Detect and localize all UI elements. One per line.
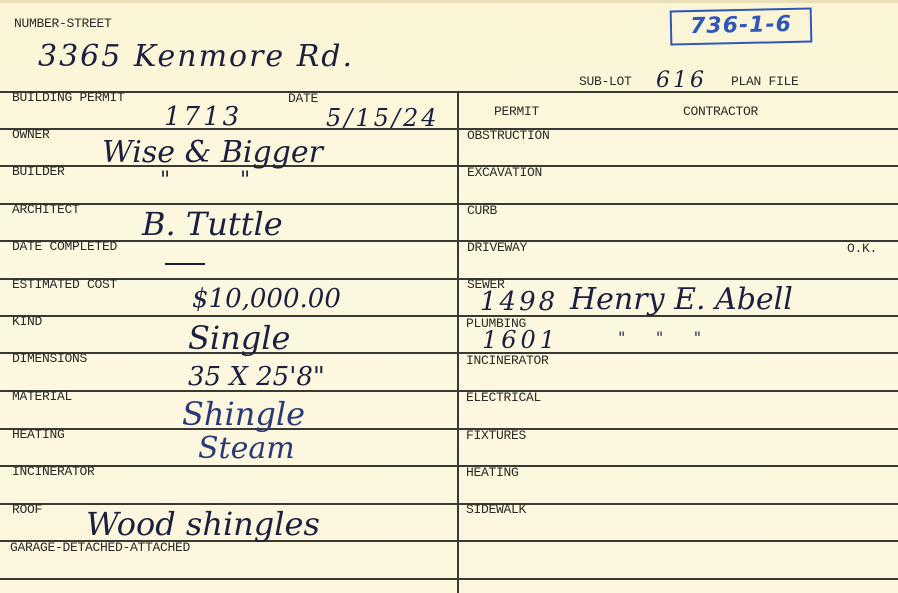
owner-value: Wise & Bigger	[102, 138, 323, 168]
dimensions-label: DIMENSIONS	[12, 352, 87, 366]
plumbing-permit: 1601	[482, 328, 559, 352]
estimated-cost-label: ESTIMATED COST	[12, 278, 117, 292]
date-completed-dash	[165, 263, 205, 265]
rule	[0, 278, 898, 280]
material-label: MATERIAL	[12, 390, 72, 404]
rule	[0, 352, 898, 354]
rule	[0, 428, 898, 430]
rule	[0, 465, 898, 467]
owner-label: OWNER	[12, 128, 50, 142]
estimated-cost-value: $10,000.00	[192, 286, 341, 312]
building-permit-value: 1713	[164, 104, 242, 130]
sub-lot-value: 616	[656, 70, 707, 92]
roof-label: ROOF	[12, 503, 42, 517]
architect-value: B. Tuttle	[142, 208, 283, 240]
plumbing-contractor: " " "	[618, 330, 701, 346]
incinerator-right-label: INCINERATOR	[466, 354, 549, 368]
date-value: 5/15/24	[326, 106, 440, 130]
rule	[0, 390, 898, 392]
sewer-contractor: Henry E. Abell	[570, 285, 793, 315]
card-top-edge	[0, 0, 898, 3]
rule	[0, 128, 898, 130]
number-street-label: NUMBER-STREET	[14, 17, 112, 31]
number-street-value: 3365 Kenmore Rd.	[38, 42, 354, 72]
rule	[0, 203, 898, 205]
rule	[0, 578, 898, 580]
permit-card: NUMBER-STREET 3365 Kenmore Rd. 736-1-6 S…	[0, 0, 898, 593]
kind-value: Single	[188, 322, 290, 354]
kind-label: KIND	[12, 315, 42, 329]
excavation-label: EXCAVATION	[467, 166, 542, 180]
obstruction-label: OBSTRUCTION	[467, 129, 550, 143]
permit-column-header: PERMIT	[494, 105, 539, 119]
date-completed-label: DATE COMPLETED	[12, 240, 117, 254]
driveway-contractor: O.K.	[847, 242, 877, 256]
sewer-permit: 1498	[480, 289, 558, 315]
electrical-label: ELECTRICAL	[466, 391, 541, 405]
date-label: DATE	[288, 92, 318, 106]
building-permit-label: BUILDING PERMIT	[12, 91, 125, 105]
plan-file-label: PLAN FILE	[731, 75, 799, 89]
file-number-stamp: 736-1-6	[670, 8, 813, 46]
sidewalk-label: SIDEWALK	[466, 503, 526, 517]
fixtures-label: FIXTURES	[466, 429, 526, 443]
heating-value: Steam	[198, 434, 295, 464]
architect-label: ARCHITECT	[12, 203, 80, 217]
builder-value: " "	[160, 170, 250, 192]
heating-right-label: HEATING	[466, 466, 519, 480]
garage-label: GARAGE-DETACHED-ATTACHED	[10, 541, 190, 555]
driveway-label: DRIVEWAY	[467, 241, 527, 255]
column-divider	[457, 91, 459, 593]
curb-label: CURB	[467, 204, 497, 218]
rule	[0, 91, 898, 93]
builder-label: BUILDER	[12, 165, 65, 179]
roof-value: Wood shingles	[86, 508, 320, 540]
heating-label: HEATING	[12, 428, 65, 442]
incinerator-label: INCINERATOR	[12, 465, 95, 479]
material-value: Shingle	[182, 398, 305, 430]
dimensions-value: 35 X 25'8"	[188, 364, 325, 390]
rule	[0, 240, 898, 242]
contractor-column-header: CONTRACTOR	[683, 105, 758, 119]
sub-lot-label: SUB-LOT	[579, 75, 632, 89]
